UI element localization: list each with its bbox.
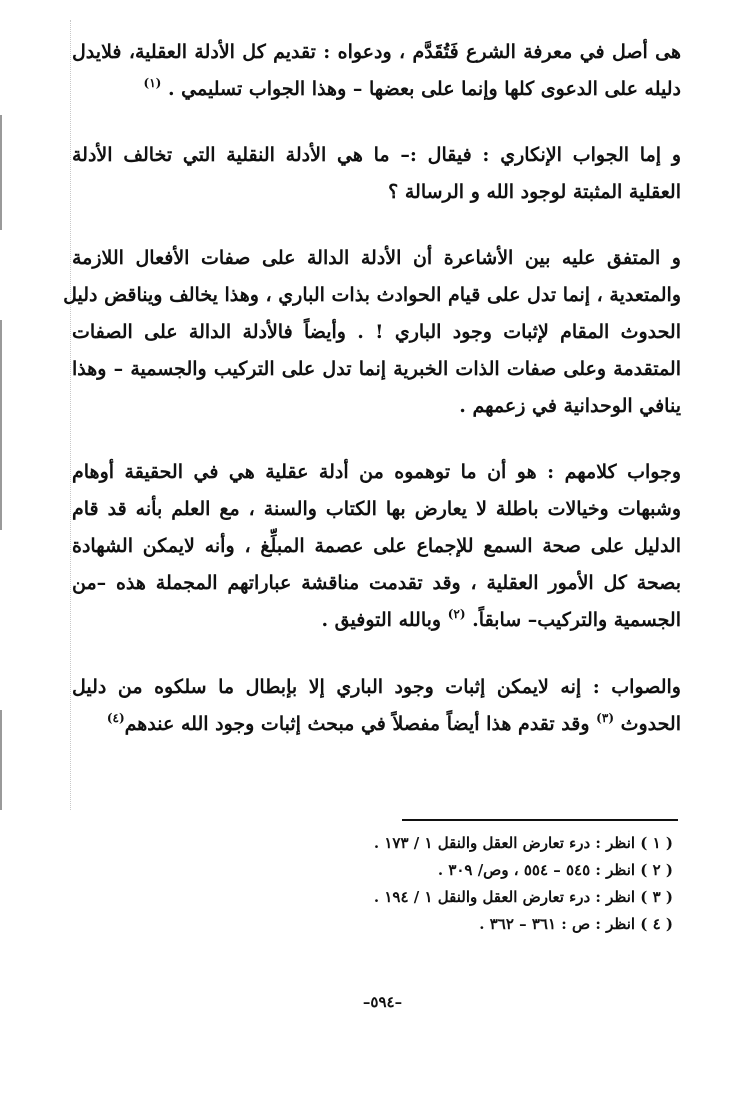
text-line: الحدوث (٣) وقد تقدم هذا أيضاً مفصلاً في … [72, 706, 681, 743]
paragraph-1: هى أصل في معرفة الشرع فَتُقَدَّم ، ودعوا… [72, 34, 681, 108]
paragraph-2: و إما الجواب الإنكاري : فيقال :– ما هي ا… [72, 137, 681, 211]
text-line: دليله على الدعوى كلها وإنما على بعضها – … [72, 71, 681, 108]
footnote-3: ( ٣ ) انظر : درء تعارض العقل والنقل ١ / … [374, 884, 673, 911]
text-line-content: وبالله التوفيق . [321, 609, 441, 631]
text-line: ينافي الوحدانية في زعمهم . [72, 388, 681, 425]
text-line: الدليل على صحة السمع للإجماع على عصمة ال… [72, 528, 681, 565]
footnote-1: ( ١ ) انظر : درء تعارض العقل والنقل ١ / … [374, 830, 673, 857]
scan-edge-mark [0, 320, 2, 530]
paragraph-spacer [72, 639, 681, 669]
text-line-content: وقد تقدم هذا أيضاً مفصلاً في مبحث إثبات … [125, 713, 590, 735]
main-text-body: هى أصل في معرفة الشرع فَتُقَدَّم ، ودعوا… [72, 34, 681, 743]
text-line-content: الجسمية والتركيب– سابقاً. [472, 609, 681, 631]
text-line: الجسمية والتركيب– سابقاً. (٢) وبالله الت… [72, 602, 681, 639]
text-line: وجواب كلامهم : هو أن ما توهموه من أدلة ع… [72, 454, 681, 491]
footnote-ref-1: (١) [144, 76, 162, 90]
paragraph-spacer [72, 425, 681, 454]
text-line: الحدوث المقام لإثبات وجود الباري ! . وأي… [72, 314, 681, 351]
footnotes-section: ( ١ ) انظر : درء تعارض العقل والنقل ١ / … [374, 830, 673, 938]
text-line: بصحة كل الأمور العقلية ، وقد تقدمت مناقش… [72, 565, 681, 602]
footnote-separator [402, 819, 678, 821]
text-line-content: دليله على الدعوى كلها وإنما على بعضها – … [168, 78, 681, 100]
scan-edge-mark [0, 115, 2, 230]
text-line-content: الحدوث [621, 713, 681, 735]
text-line: والمتعدية ، إنما تدل على قيام الحوادث بذ… [72, 277, 681, 314]
paragraph-spacer [72, 108, 681, 137]
footnote-ref-2: (٢) [448, 607, 466, 621]
page-number: –٥٩٤– [0, 993, 753, 1011]
paragraph-4: وجواب كلامهم : هو أن ما توهموه من أدلة ع… [72, 454, 681, 639]
footnote-2: ( ٢ ) انظر : ٥٤٥ – ٥٥٤ ، وص/ ٣٠٩ . [374, 857, 673, 884]
text-line: هى أصل في معرفة الشرع فَتُقَدَّم ، ودعوا… [72, 34, 681, 71]
paragraph-3: و المتفق عليه بين الأشاعرة أن الأدلة الد… [72, 240, 681, 425]
scan-dotted-guide [70, 20, 71, 810]
text-line: العقلية المثبتة لوجود الله و الرسالة ؟ [72, 174, 681, 211]
footnote-ref-3: (٣) [596, 711, 614, 725]
scan-edge-mark [0, 710, 2, 810]
text-line: والصواب : إنه لايمكن إثبات وجود الباري إ… [72, 669, 681, 706]
footnote-4: ( ٤ ) انظر : ص : ٣٦١ – ٣٦٢ . [374, 911, 673, 938]
text-line: المتقدمة وعلى صفات الذات الخبرية إنما تد… [72, 351, 681, 388]
text-line: وشبهات وخيالات باطلة لا يعارض بها الكتاب… [72, 491, 681, 528]
text-line: و إما الجواب الإنكاري : فيقال :– ما هي ا… [72, 137, 681, 174]
scanned-book-page: هى أصل في معرفة الشرع فَتُقَدَّم ، ودعوا… [0, 0, 753, 1100]
paragraph-spacer [72, 211, 681, 240]
footnote-ref-4: (٤) [107, 711, 125, 725]
text-line: و المتفق عليه بين الأشاعرة أن الأدلة الد… [72, 240, 681, 277]
paragraph-5: والصواب : إنه لايمكن إثبات وجود الباري إ… [72, 669, 681, 743]
